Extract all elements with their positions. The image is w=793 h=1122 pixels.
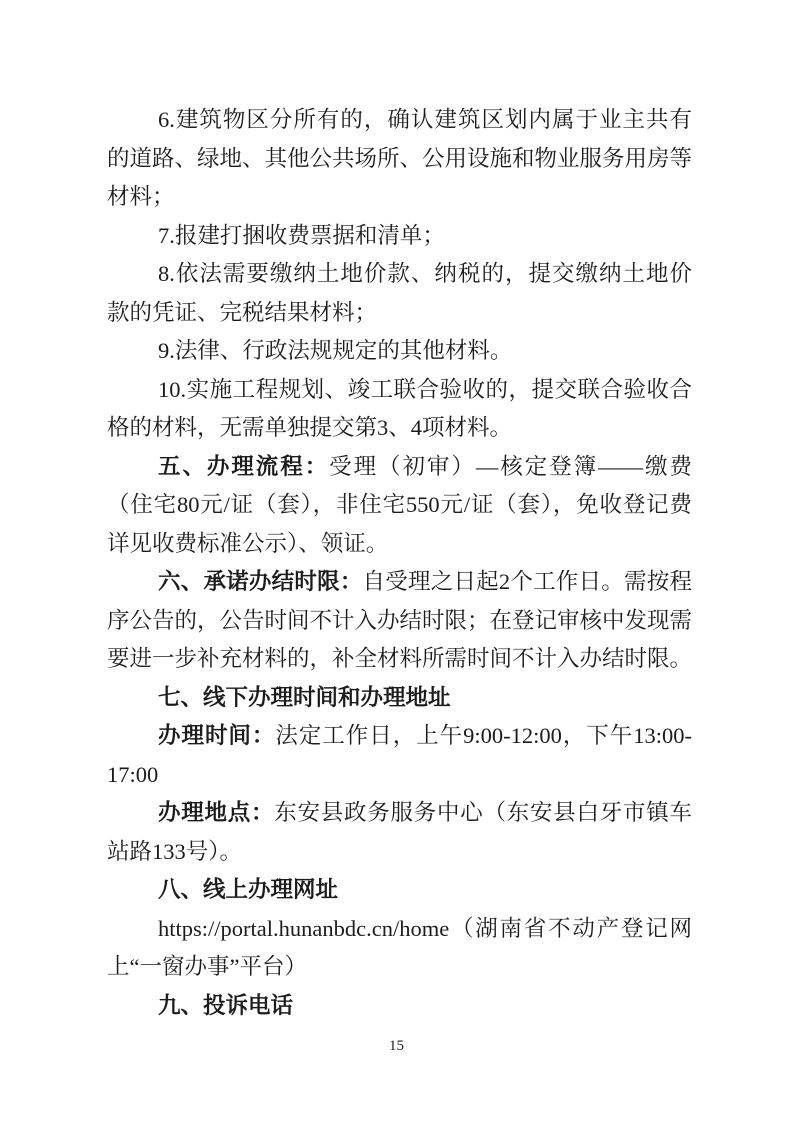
paragraph: 9.法律、行政法规规定的其他材料。 [107,332,692,371]
paragraph-label: 办理地点： [158,800,274,825]
paragraph: https://portal.hunanbdc.cn/home（湖南省不动产登记… [107,910,692,987]
heading-text: 八、线上办理网址 [158,877,338,902]
paragraph-label: 六、承诺办结时限： [158,569,363,594]
heading-text: 七、线下办理时间和办理地址 [158,685,451,710]
paragraph: 五、办理流程：受理（初审）—核定登簿——缴费（住宅80元/证（套），非住宅550… [107,448,692,564]
paragraph: 办理时间：法定工作日，上午9:00-12:00，下午13:00-17:00 [107,717,692,794]
paragraph-text: 9.法律、行政法规规定的其他材料。 [158,338,512,363]
section-heading: 七、线下办理时间和办理地址 [107,679,692,718]
paragraph: 10.实施工程规划、竣工联合验收的，提交联合验收合格的材料，无需单独提交第3、4… [107,371,692,448]
paragraph-label: 办理时间： [158,723,275,748]
paragraph: 六、承诺办结时限：自受理之日起2个工作日。需按程序公告的，公告时间不计入办结时限… [107,563,692,679]
paragraph-text: 6.建筑物区分所有的，确认建筑区划内属于业主共有的道路、绿地、其他公共场所、公用… [107,107,692,209]
paragraph-text: https://portal.hunanbdc.cn/home（湖南省不动产登记… [107,916,692,980]
paragraph: 8.依法需要缴纳土地价款、纳税的，提交缴纳土地价款的凭证、完税结果材料； [107,255,692,332]
paragraph-label: 五、办理流程： [158,454,329,479]
paragraph: 6.建筑物区分所有的，确认建筑区划内属于业主共有的道路、绿地、其他公共场所、公用… [107,101,692,217]
document-page: 6.建筑物区分所有的，确认建筑区划内属于业主共有的道路、绿地、其他公共场所、公用… [0,0,793,1122]
paragraph: 办理地点：东安县政务服务中心（东安县白牙市镇车站路133号）。 [107,794,692,871]
heading-text: 九、投诉电话 [158,993,293,1018]
paragraph-text: 8.依法需要缴纳土地价款、纳税的，提交缴纳土地价款的凭证、完税结果材料； [107,261,692,325]
document-body: 6.建筑物区分所有的，确认建筑区划内属于业主共有的道路、绿地、其他公共场所、公用… [107,101,692,1025]
page-number: 15 [0,1036,793,1056]
section-heading: 八、线上办理网址 [107,871,692,910]
paragraph-text: 7.报建打捆收费票据和清单； [158,223,445,248]
section-heading: 九、投诉电话 [107,987,692,1026]
paragraph-text: 10.实施工程规划、竣工联合验收的，提交联合验收合格的材料，无需单独提交第3、4… [107,377,692,441]
paragraph: 7.报建打捆收费票据和清单； [107,217,692,256]
